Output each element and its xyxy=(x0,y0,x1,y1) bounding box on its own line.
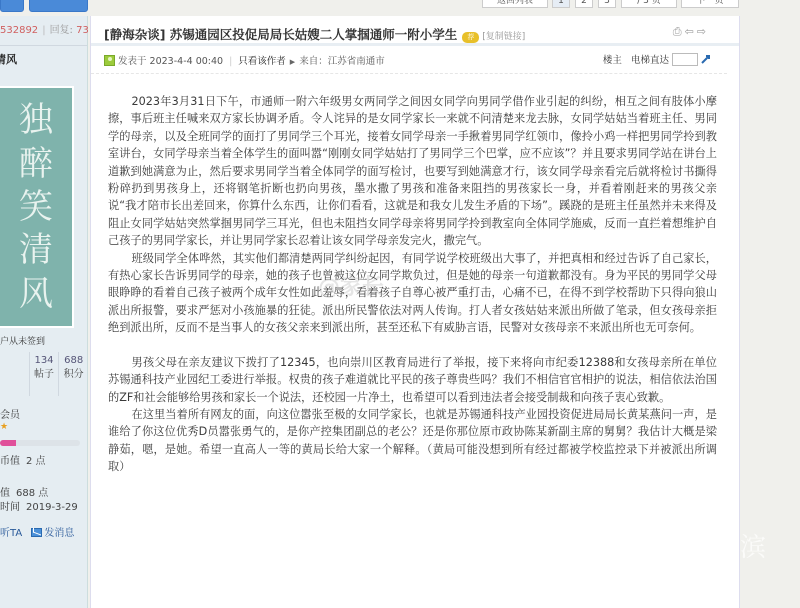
page-2-button[interactable]: 2 xyxy=(575,0,593,8)
top-pager-bar: 返回列表 1 2 3 / 3 页 下一页 xyxy=(0,0,800,16)
new-post-button[interactable] xyxy=(0,0,24,12)
stat-cell[interactable] xyxy=(0,352,30,396)
star-icon: ★ xyxy=(0,422,8,432)
title-tools: ⎙⇦⇨ xyxy=(673,25,709,39)
thread-stats: 532892|回复: 73 xyxy=(0,16,87,46)
author-name[interactable]: 独醉笑清风 xyxy=(0,46,87,74)
only-author-link[interactable]: 只看该作者 xyxy=(238,56,286,67)
post-body: 2023年3月31日下午，市通师一附六年级男女两同学之间因女同学向男同学借作业引… xyxy=(91,74,739,476)
print-icon[interactable]: ⎙ xyxy=(673,25,685,38)
coins-row: 币值2 点 xyxy=(0,452,46,467)
post-paragraph: 班级同学全体哗然，其实他们都清楚两同学纠纷起因，有同学说学校班级出大事了，并把真… xyxy=(108,250,717,337)
avatar-char: 醉 xyxy=(19,147,53,181)
register-time-row: 时间2019-3-29 xyxy=(0,498,78,513)
back-to-list-button[interactable]: 返回列表 xyxy=(482,0,548,8)
posted-label: 发表于 xyxy=(118,56,147,67)
author-actions: 听TA 发消息 xyxy=(0,524,74,539)
recommended-badge: 荐 xyxy=(462,32,479,43)
page-3-button[interactable]: 3 xyxy=(598,0,616,8)
copy-link-button[interactable]: [复制链接] xyxy=(482,32,525,42)
avatar-char: 独 xyxy=(19,103,53,137)
member-level: 会员 xyxy=(0,406,20,421)
post-title: [静海杂谈] 苏锡通园区投促局局长姑嫂二人掌掴通师一附小学生 xyxy=(104,27,457,42)
level-progress-bar xyxy=(0,440,80,446)
points-row: 值688 点 xyxy=(0,484,48,499)
replies-count: 回复: 73 xyxy=(50,25,89,36)
floor-label: 楼主 xyxy=(603,55,622,66)
floor-nav: 楼主 电梯直达 xyxy=(603,52,711,66)
post-container: [静海杂谈] 苏锡通园区投促局局长姑嫂二人掌掴通师一附小学生荐[复制链接] ⎙⇦… xyxy=(90,16,740,608)
reply-button[interactable] xyxy=(29,0,88,12)
page-1-button[interactable]: 1 xyxy=(552,0,570,8)
mail-icon xyxy=(31,528,42,537)
post-paragraph: 在这里当着所有网友的面，向这位嚣张至极的女同学家长，也就是苏锡通科技产业园投资促… xyxy=(108,406,717,476)
watermark: 滨 xyxy=(740,527,766,564)
next-page-button[interactable]: 下一页 xyxy=(681,0,739,8)
send-message-button[interactable]: 发消息 xyxy=(44,528,74,539)
stat-posts[interactable]: 134帖子 xyxy=(30,352,60,396)
post-paragraph: 2023年3月31日下午，市通师一附六年级男女两同学之间因女同学向男同学借作业引… xyxy=(108,93,717,250)
avatar-char: 清 xyxy=(19,233,53,267)
go-arrow-icon[interactable] xyxy=(701,54,711,64)
user-stats: 134帖子 688积分 xyxy=(0,352,88,396)
post-paragraph: 男孩父母在亲友建议下拨打了12345，也向崇川区教育局进行了举报，接下来将向市纪… xyxy=(108,354,717,406)
post-meta: 发表于 2023-4-4 00:40|只看该作者▶来自：江苏省南通市 楼主 电梯… xyxy=(91,46,727,74)
avatar-char: 笑 xyxy=(19,190,53,224)
prev-thread-icon[interactable]: ⇦ xyxy=(685,25,697,38)
stat-points[interactable]: 688积分 xyxy=(59,352,88,396)
post-title-bar: [静海杂谈] 苏锡通园区投促局局长姑嫂二人掌掴通师一附小学生荐[复制链接] ⎙⇦… xyxy=(91,16,739,46)
sign-in-status: 户从未签到 xyxy=(0,334,45,347)
author-sidebar: 532892|回复: 73 独醉笑清风 独 醉 笑 清 风 户从未签到 134帖… xyxy=(0,16,88,608)
location-label: 来自：江苏省南通市 xyxy=(299,56,385,67)
arrow-right-icon: ▶ xyxy=(290,58,295,66)
posted-time: 2023-4-4 00:40 xyxy=(150,56,224,67)
views-count: 532892 xyxy=(0,25,38,36)
page-jump-input[interactable]: / 3 页 xyxy=(621,0,677,8)
forum-thread-page: 返回列表 1 2 3 / 3 页 下一页 532892|回复: 73 独醉笑清风… xyxy=(0,0,800,608)
elevator-label: 电梯直达 xyxy=(631,55,669,66)
avatar-char: 风 xyxy=(19,277,53,311)
elevator-input[interactable] xyxy=(672,53,698,66)
next-thread-icon[interactable]: ⇨ xyxy=(697,25,709,38)
user-online-icon xyxy=(104,55,115,66)
avatar[interactable]: 独 醉 笑 清 风 xyxy=(0,86,74,328)
follow-button[interactable]: 听TA xyxy=(0,528,22,539)
